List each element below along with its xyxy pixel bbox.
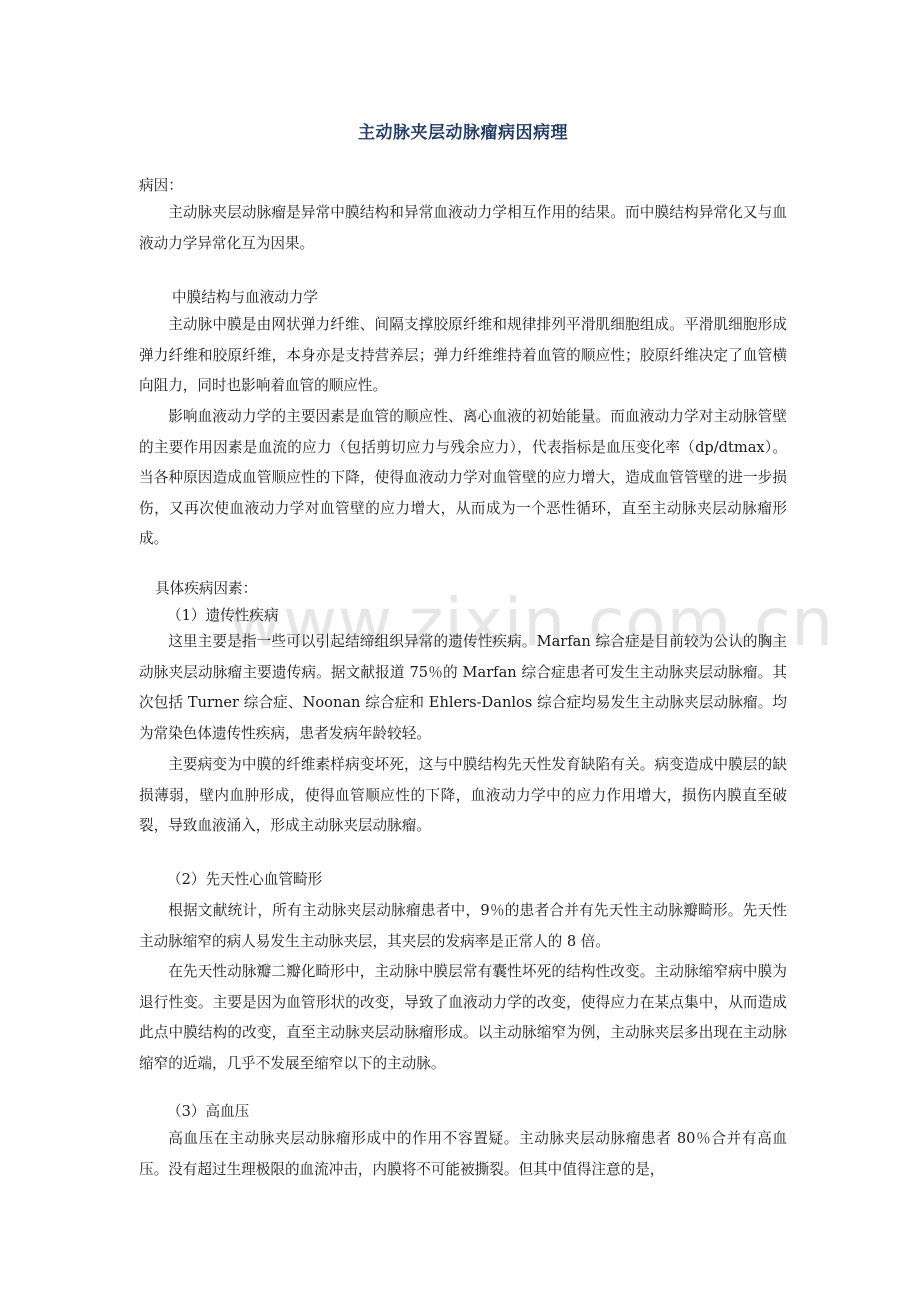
factor-2-heading: （2）先天性心血管畸形 [167,870,322,890]
document-title: 主动脉夹层动脉瘤病因病理 [139,118,787,143]
media-paragraph-2: 影响血液动力学的主要因素是血管的顺应性、离心血液的初始能量。而血液动力学对主动脉… [139,402,787,555]
cause-intro-paragraph: 主动脉夹层动脉瘤是异常中膜结构和异常血液动力学相互作用的结果。而中膜结构异常化又… [139,198,787,259]
cause-label: 病因： [139,176,787,196]
media-heading: 中膜结构与血液动力学 [172,288,318,308]
factor-2-paragraph-1: 根据文献统计，所有主动脉夹层动脉瘤患者中，9％的患者合并有先天性主动脉瓣畸形。先… [139,896,787,957]
factors-label: 具体疾病因素： [155,579,257,599]
factor-1-paragraph-1: 这里主要是指一些可以引起结缔组织异常的遗传性疾病。Marfan 综合症是目前较为… [139,627,787,749]
factor-3-paragraph-1: 高血压在主动脉夹层动脉瘤形成中的作用不容置疑。主动脉夹层动脉瘤患者 80％合并有… [139,1124,787,1185]
factor-1-heading: （1）遗传性疾病 [167,606,278,626]
factor-2-paragraph-2: 在先天性动脉瓣二瓣化畸形中，主动脉中膜层常有囊性坏死的结构性改变。主动脉缩窄病中… [139,957,787,1079]
factor-1-paragraph-2: 主要病变为中膜的纤维素样病变坏死，这与中膜结构先天性发育缺陷有关。病变造成中膜层… [139,750,787,842]
factor-3-heading: （3）高血压 [167,1102,249,1122]
media-paragraph-1: 主动脉中膜是由网状弹力纤维、间隔支撑胶原纤维和规律排列平滑肌细胞组成。平滑肌细胞… [139,310,787,402]
